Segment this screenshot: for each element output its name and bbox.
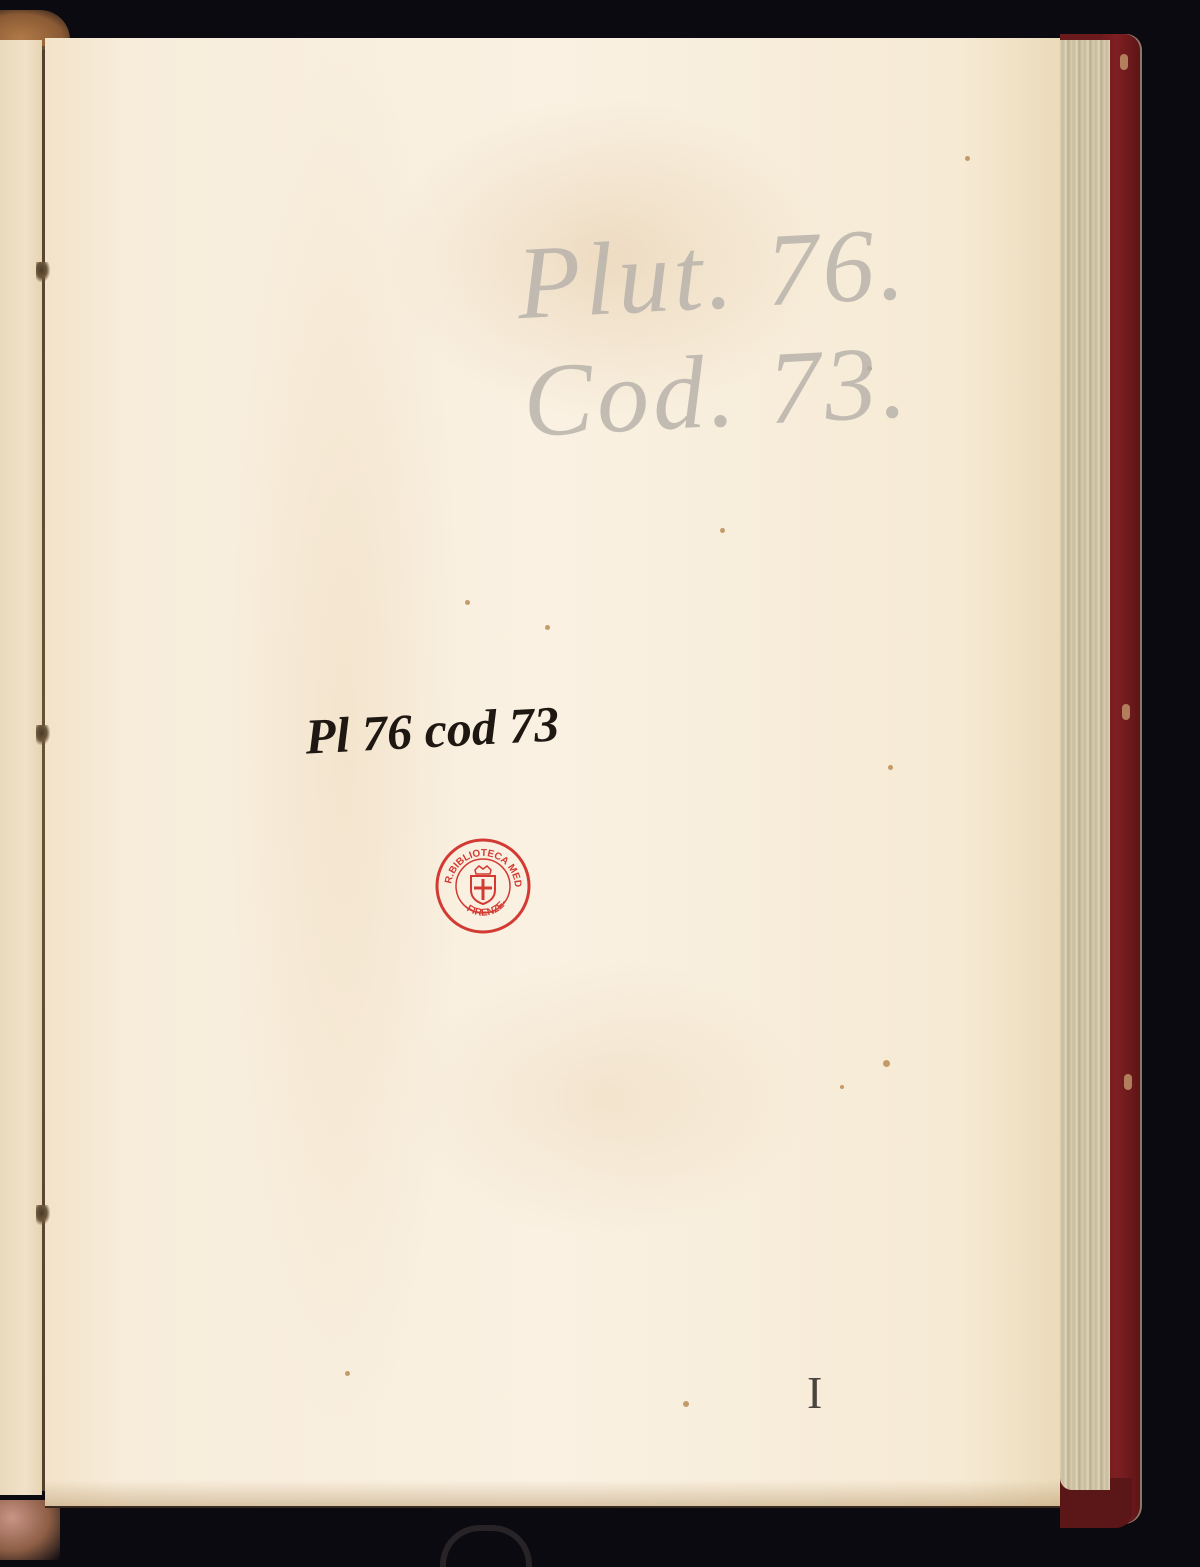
binding-stub bbox=[0, 40, 42, 1495]
cover-wear bbox=[1122, 704, 1130, 720]
svg-text:-FIRENZE-: -FIRENZE- bbox=[462, 898, 510, 919]
pencil-shelfmark: Plut. 76. Cod. 73. bbox=[514, 205, 917, 461]
sewing-stitch bbox=[36, 725, 50, 745]
spine-cloth-bottom bbox=[0, 1500, 60, 1560]
fore-edge-leaves bbox=[1060, 40, 1110, 1490]
cover-wear bbox=[1124, 1074, 1132, 1090]
foxing-spot bbox=[888, 765, 893, 770]
library-stamp: R.BIBLIOTECA MED.LAUR. -FIRENZE- bbox=[433, 836, 533, 936]
foxing-spot bbox=[683, 1401, 689, 1407]
foxing-spot bbox=[720, 528, 725, 533]
clasp-strap bbox=[440, 1525, 532, 1567]
foxing-spot bbox=[465, 600, 470, 605]
pencil-shelfmark-line2: Cod. 73. bbox=[520, 323, 917, 461]
foxing-spot bbox=[883, 1060, 890, 1067]
cover-wear bbox=[1120, 54, 1128, 70]
pencil-shelfmark-line1: Plut. 76. bbox=[514, 205, 911, 343]
foxing-spot bbox=[545, 625, 550, 630]
foxing-spot bbox=[345, 1371, 350, 1376]
manuscript-scan: Plut. 76. Cod. 73. Pl 76 cod 73 R.BIBLIO… bbox=[0, 0, 1200, 1567]
foxing-spot bbox=[840, 1085, 844, 1089]
foxing-spot bbox=[965, 156, 970, 161]
page-bottom-shading bbox=[45, 1480, 1063, 1506]
folio-number: I bbox=[807, 1368, 822, 1418]
sewing-stitch bbox=[36, 262, 50, 282]
library-stamp-icon: R.BIBLIOTECA MED.LAUR. -FIRENZE- bbox=[433, 836, 533, 936]
sewing-stitch bbox=[36, 1205, 50, 1225]
